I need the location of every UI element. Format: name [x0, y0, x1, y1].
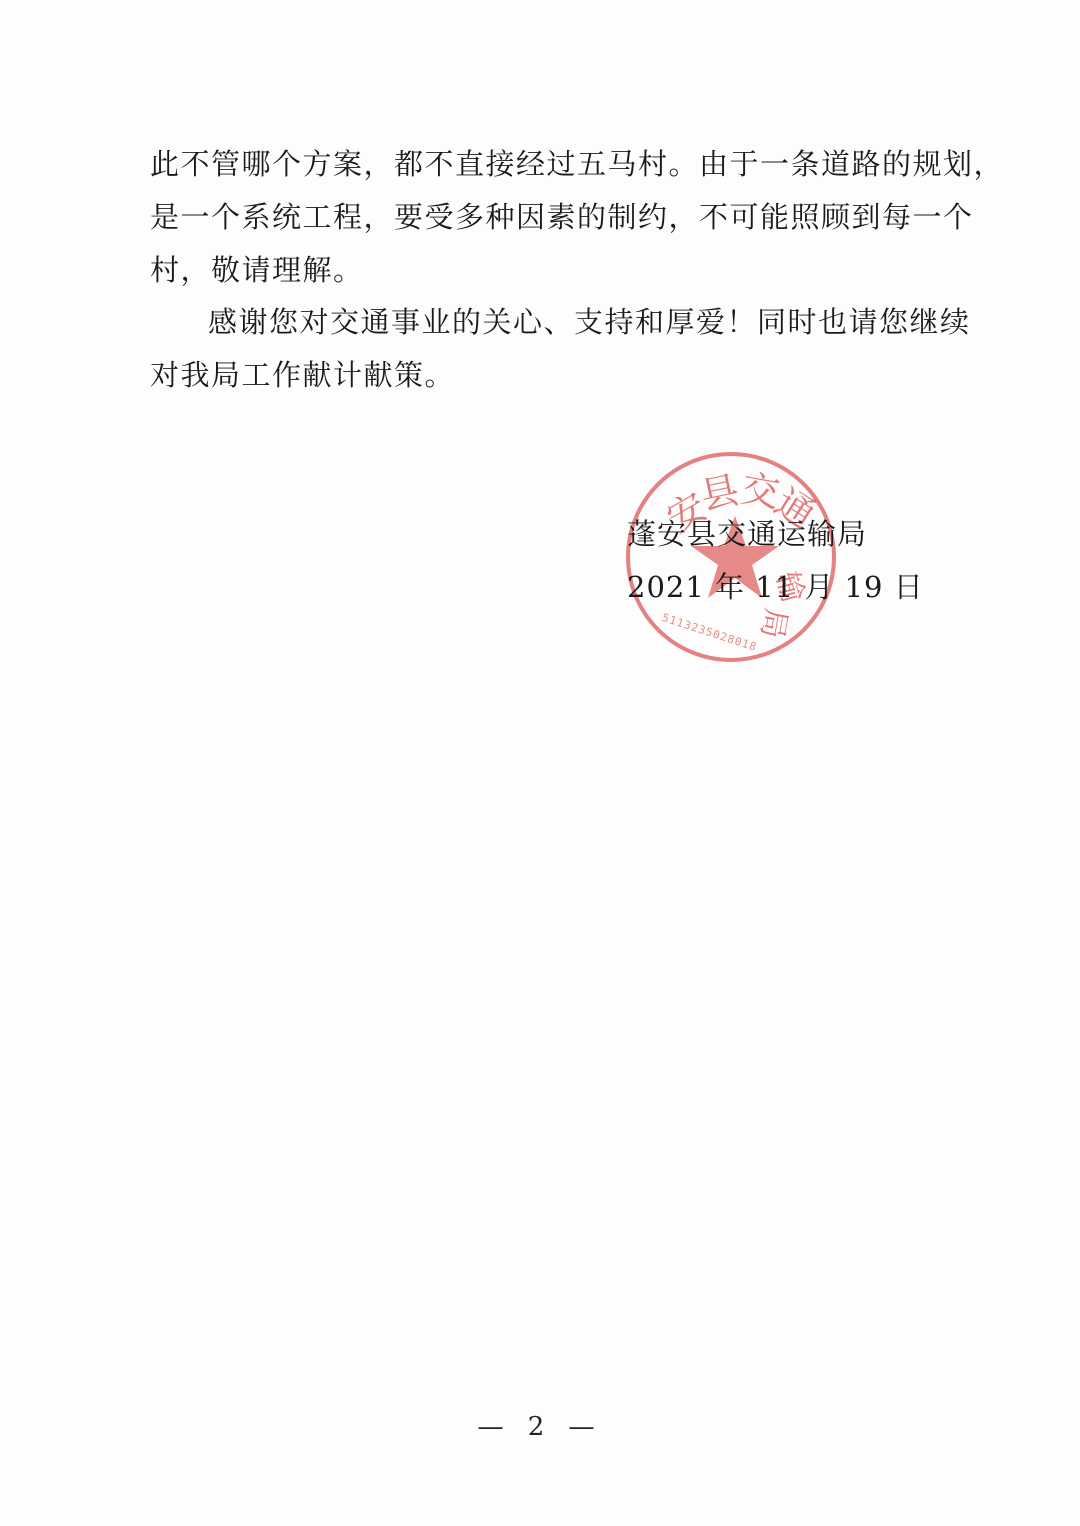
body-paragraph-2: 感谢您对交通事业的关心、支持和厚爱！同时也请您继续 对我局工作献计献策。: [150, 296, 940, 402]
page-number: — 2 —: [0, 1412, 1080, 1442]
issuing-organization: 蓬安县交通运输局: [627, 508, 924, 561]
text-line: 是一个系统工程，要受多种因素的制约，不可能照顾到每一个: [150, 191, 940, 244]
seal-code: 5113235028018: [660, 611, 758, 654]
text-line: 感谢您对交通事业的关心、支持和厚爱！同时也请您继续: [150, 296, 940, 349]
document-page: 此不管哪个方案，都不直接经过五马村。由于一条道路的规划， 是一个系统工程，要受多…: [0, 0, 1080, 1526]
text-line: 对我局工作献计献策。: [150, 349, 940, 402]
signature-block: 蓬安县交通运输局 2021 年 11 月 19 日: [627, 508, 924, 614]
text-line: 此不管哪个方案，都不直接经过五马村。由于一条道路的规划，: [150, 138, 940, 191]
body-paragraph-1: 此不管哪个方案，都不直接经过五马村。由于一条道路的规划， 是一个系统工程，要受多…: [150, 138, 940, 297]
issue-date: 2021 年 11 月 19 日: [627, 561, 924, 614]
text-line: 村，敬请理解。: [150, 244, 940, 297]
